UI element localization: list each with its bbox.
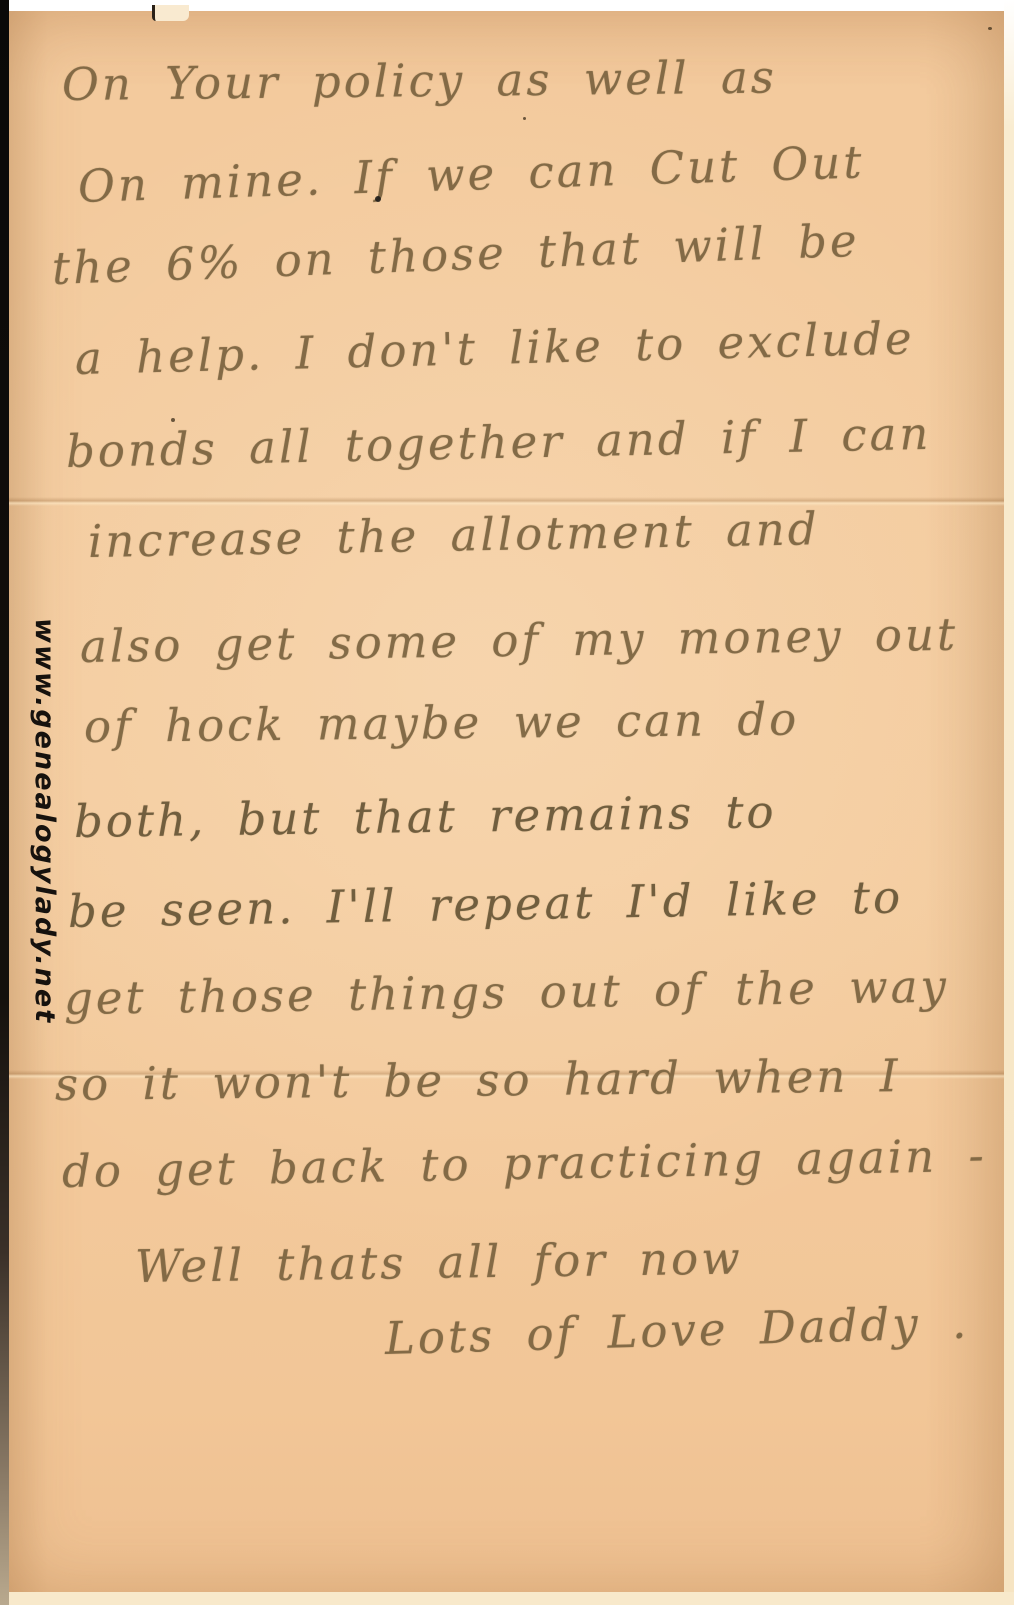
handwritten-line: both, but that remains to	[74, 785, 777, 848]
handwritten-closing-line: Well thats all for now	[135, 1232, 743, 1293]
scan-speck	[523, 117, 526, 120]
scanner-edge-right	[1004, 0, 1014, 1605]
scan-speck	[171, 418, 175, 422]
scanner-edge-left	[0, 0, 9, 1605]
fold-crease-upper	[8, 497, 1004, 506]
handwritten-line: so it won't be so hard when I	[55, 1049, 901, 1111]
watermark-text: www.genealogylady.net	[24, 618, 60, 990]
scanned-letter-page: www.genealogylady.net On Your policy as …	[0, 0, 1014, 1605]
handwritten-line: On Your policy as well as	[62, 51, 777, 111]
paper-torn-notch	[152, 5, 189, 21]
handwritten-line: of hock maybe we can do	[84, 693, 800, 753]
scanner-edge-bottom	[0, 1592, 1014, 1605]
scan-speck	[988, 27, 992, 30]
ink-dot	[375, 196, 381, 202]
